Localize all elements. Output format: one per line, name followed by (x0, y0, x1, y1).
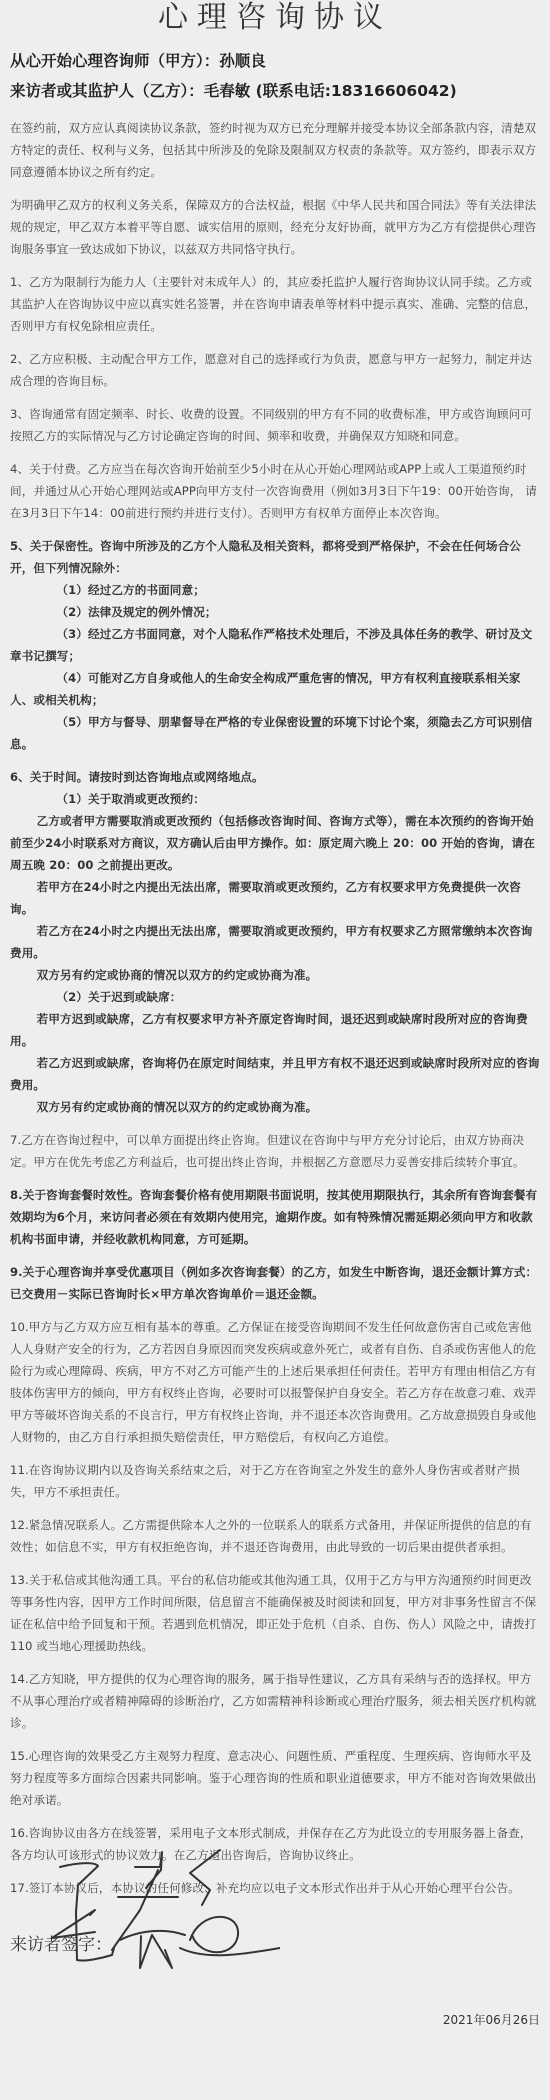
clause-15: 15.心理咨询的效果受乙方主观努力程度、意志决心、问题性质、严重程度、生理疾病、… (10, 1745, 540, 1811)
clause-10: 10.甲方与乙方双方应互相有基本的尊重。乙方保证在接受咨询期间不发生任何故意伤害… (10, 1316, 540, 1448)
clause-6-sub1-title: （1）关于取消或更改预约： (10, 788, 540, 810)
clause-5-lead: 5、关于保密性。咨询中所涉及的乙方个人隐私及相关资料，都将受到严格保护，不会在任… (10, 535, 540, 579)
clause-5-item: （2）法律及规定的例外情况； (10, 601, 540, 623)
clause-4: 4、关于付费。乙方应当在每次咨询开始前至少5小时在从心开始心理网站或APP上或人… (10, 458, 540, 524)
clause-14: 14.乙方知晓，甲方提供的仅为心理咨询的服务，属于指导性建议，乙方具有采纳与否的… (10, 1668, 540, 1734)
clause-6-sub2-line: 若甲方迟到或缺席，乙方有权要求甲方补齐原定咨询时间，退还迟到或缺席时段所对应的咨… (10, 1008, 540, 1052)
clause-12: 12.紧急情况联系人。乙方需提供除本人之外的一位联系人的联系方式备用，并保证所提… (10, 1514, 540, 1558)
clause-9: 9.关于心理咨询并享受优惠项目（例如多次咨询套餐）的乙方，如发生中断咨询，退还金… (10, 1261, 540, 1305)
clause-3: 3、咨询通常有固定频率、时长、收费的设置。不同级别的甲方有不同的收费标准，甲方或… (10, 403, 540, 447)
clause-6-sub1-line: 若乙方在24小时之内提出无法出席，需要取消或更改预约，甲方有权要求乙方照常缴纳本… (10, 920, 540, 964)
intro-paragraph: 为明确甲乙双方的权利义务关系，保障双方的合法权益，根据《中华人民共和国合同法》等… (10, 194, 540, 260)
party-b-heading: 来访者或其监护人（乙方）：毛春敏 (联系电话:18316606042) (10, 76, 540, 106)
clause-8: 8.关于咨询套餐时效性。咨询套餐价格有使用期限书面说明，按其使用期限执行，其余所… (10, 1184, 540, 1250)
clause-5-item: （5）甲方与督导、朋辈督导在严格的专业保密设置的环境下讨论个案，须隐去乙方可识别… (10, 711, 540, 755)
clause-6-sub1-line: 乙方或者甲方需要取消或更改预约（包括修改咨询时间、咨询方式等），需在本次预约的咨… (10, 810, 540, 876)
intro-paragraph: 在签约前，双方应认真阅读协议条款，签约时视为双方已充分理解并接受本协议全部条款内… (10, 117, 540, 183)
agreement-document: 心理咨询协议 从心开始心理咨询师（甲方）：孙顺良 来访者或其监护人（乙方）：毛春… (0, 0, 550, 1957)
clause-6-sub2-line: 双方另有约定或协商的情况以双方的约定或协商为准。 (10, 1096, 540, 1118)
party-a-heading: 从心开始心理咨询师（甲方）：孙顺良 (10, 46, 540, 76)
signing-date: 2021年06月26日 (443, 2011, 540, 2028)
clause-5-item: （1）经过乙方的书面同意； (10, 579, 540, 601)
clause-13: 13.关于私信或其他沟通工具。平台的私信功能或其他沟通工具，仅用于乙方与甲方沟通… (10, 1569, 540, 1657)
clause-5-item: （4）可能对乙方自身或他人的生命安全构成严重危害的情况，甲方有权利直接联系相关家… (10, 667, 540, 711)
clause-11: 11.在咨询协议期内以及咨询关系结束之后，对于乙方在咨询室之外发生的意外人身伤害… (10, 1459, 540, 1503)
clause-6-sub1-line: 若甲方在24小时之内提出无法出席，需要取消或更改预约，乙方有权要求甲方免费提供一… (10, 876, 540, 920)
clause-6-sub1-line: 双方另有约定或协商的情况以双方的约定或协商为准。 (10, 964, 540, 986)
clause-6-lead: 6、关于时间。请按时到达咨询地点或网络地点。 (10, 766, 540, 788)
clause-2: 2、乙方应积极、主动配合甲方工作，愿意对自己的选择或行为负责，愿意与甲方一起努力… (10, 348, 540, 392)
clause-6-sub2-title: （2）关于迟到或缺席： (10, 986, 540, 1008)
clause-1: 1、乙方为限制行为能力人（主要针对未成年人）的，其应委托监护人履行咨询协议认同手… (10, 271, 540, 337)
page-title: 心理咨询协议 (10, 0, 540, 36)
clause-6-sub2-line: 若乙方迟到或缺席，咨询将仍在原定时间结束，并且甲方有权不退还迟到或缺席时段所对应… (10, 1052, 540, 1096)
clause-7: 7.乙方在咨询过程中，可以单方面提出终止咨询。但建议在咨询中与甲方充分讨论后，由… (10, 1129, 540, 1173)
clause-5-item: （3）经过乙方书面同意，对个人隐私作严格技术处理后，不涉及具体任务的教学、研讨及… (10, 623, 540, 667)
handwritten-signature (40, 1840, 280, 1970)
